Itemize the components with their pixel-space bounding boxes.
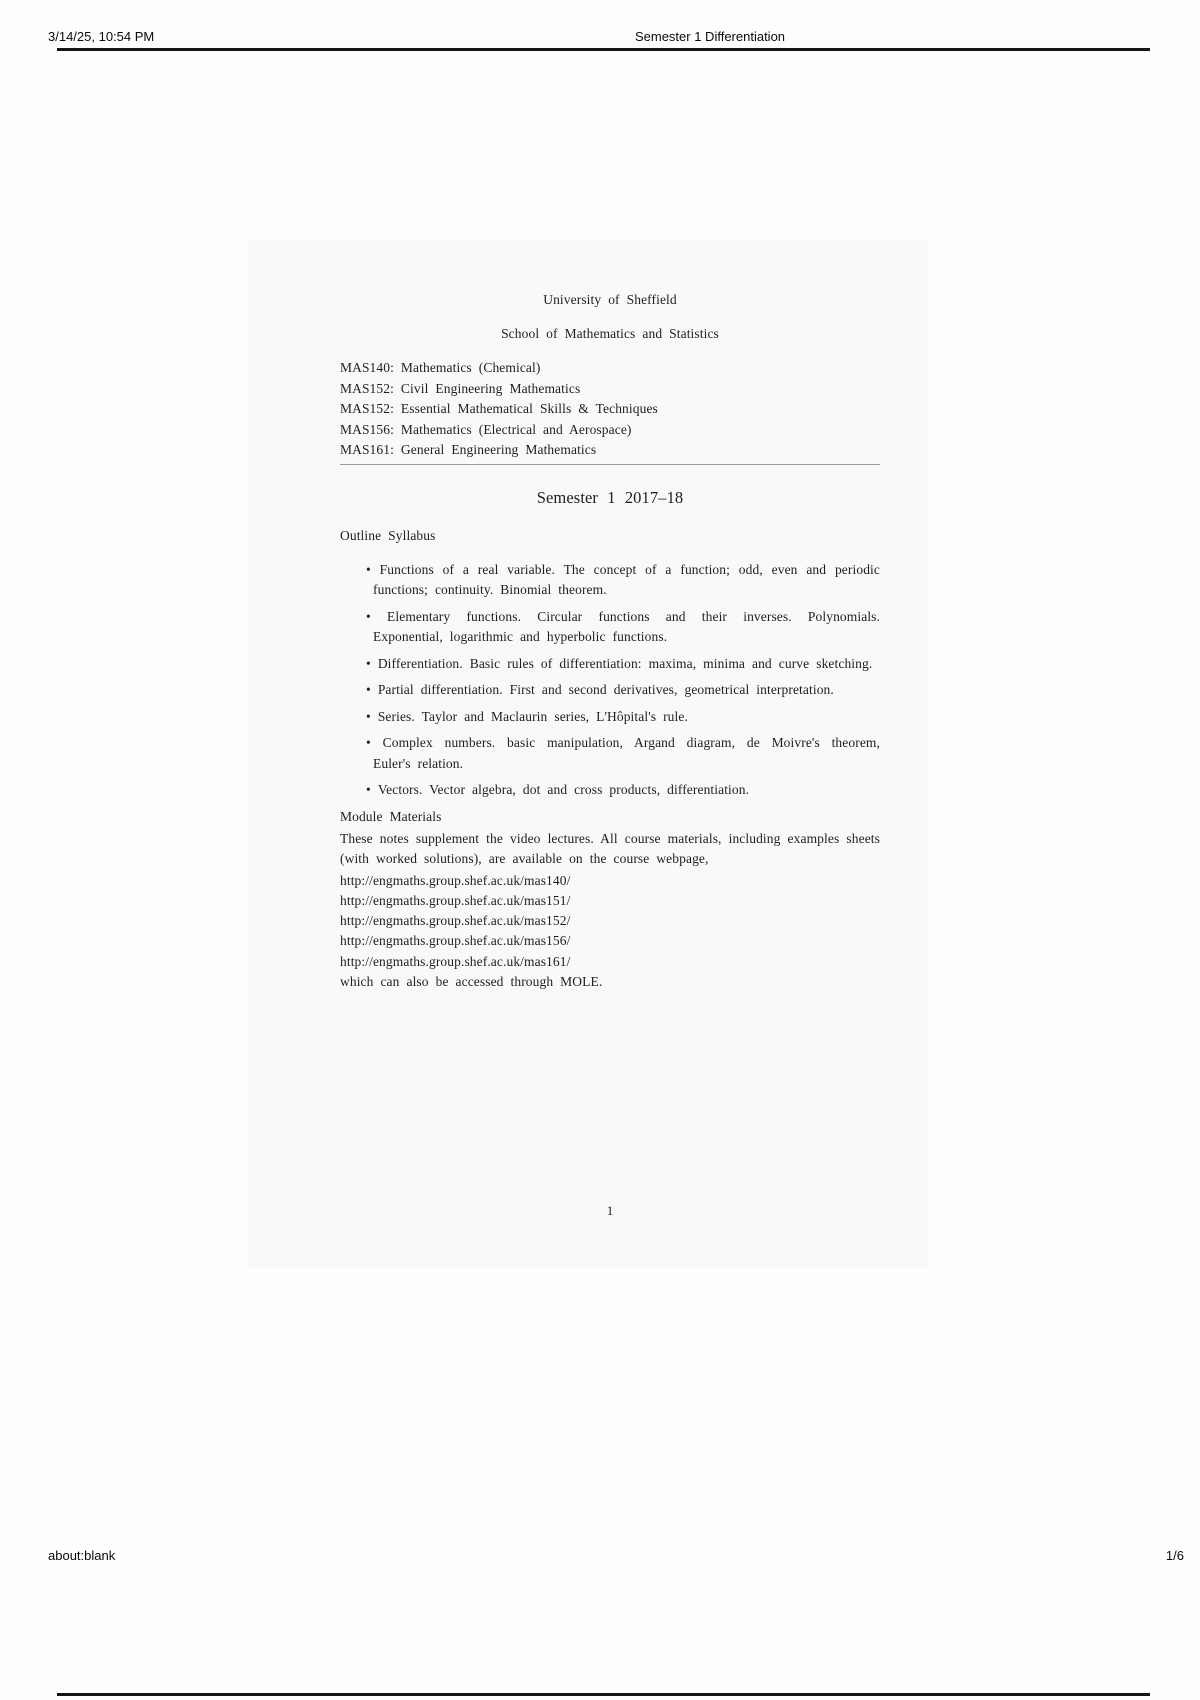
module-item: MAS140: Mathematics (Chemical) (340, 358, 880, 379)
header-rule (57, 48, 1150, 51)
school-name: School of Mathematics and Statistics (340, 324, 880, 344)
syllabus-item: Partial differentiation. First and secon… (366, 680, 880, 701)
syllabus-item: Functions of a real variable. The concep… (366, 560, 880, 601)
course-link: http://engmaths.group.shef.ac.uk/mas140/ (340, 871, 880, 891)
mole-note: which can also be accessed through MOLE. (340, 972, 880, 993)
module-list: MAS140: Mathematics (Chemical) MAS152: C… (340, 358, 880, 461)
module-materials-heading: Module Materials (340, 807, 880, 827)
footer-source-url: about:blank (48, 1548, 115, 1563)
course-link: http://engmaths.group.shef.ac.uk/mas152/ (340, 911, 880, 931)
module-item: MAS152: Civil Engineering Mathematics (340, 379, 880, 400)
course-link: http://engmaths.group.shef.ac.uk/mas156/ (340, 931, 880, 951)
module-item: MAS161: General Engineering Mathematics (340, 440, 880, 461)
syllabus-item: Complex numbers. basic manipulation, Arg… (366, 733, 880, 774)
outline-syllabus-heading: Outline Syllabus (340, 526, 880, 546)
course-link: http://engmaths.group.shef.ac.uk/mas151/ (340, 891, 880, 911)
institution-name: University of Sheffield (340, 290, 880, 310)
page-number: 1 (340, 1203, 880, 1219)
footer-rule (57, 1693, 1150, 1696)
syllabus-item: Differentiation. Basic rules of differen… (366, 654, 880, 675)
scanned-document-page: University of Sheffield School of Mathem… (248, 240, 928, 1268)
print-header-title: Semester 1 Differentiation (635, 29, 785, 44)
materials-paragraph: These notes supplement the video lecture… (340, 829, 880, 870)
course-link-list: http://engmaths.group.shef.ac.uk/mas140/… (340, 871, 880, 972)
document-divider-rule (340, 464, 880, 465)
module-item: MAS156: Mathematics (Electrical and Aero… (340, 420, 880, 441)
syllabus-item: Vectors. Vector algebra, dot and cross p… (366, 780, 880, 801)
course-link: http://engmaths.group.shef.ac.uk/mas161/ (340, 952, 880, 972)
footer-page-indicator: 1/6 (1166, 1548, 1184, 1563)
print-header-datetime: 3/14/25, 10:54 PM (48, 29, 154, 44)
syllabus-item: Series. Taylor and Maclaurin series, L'H… (366, 707, 880, 728)
syllabus-list: Functions of a real variable. The concep… (340, 560, 880, 801)
print-preview-page: { "header": { "datetime": "3/14/25, 10:5… (0, 0, 1200, 1700)
syllabus-item: Elementary functions. Circular functions… (366, 607, 880, 648)
module-item: MAS152: Essential Mathematical Skills & … (340, 399, 880, 420)
semester-title: Semester 1 2017–18 (340, 487, 880, 509)
